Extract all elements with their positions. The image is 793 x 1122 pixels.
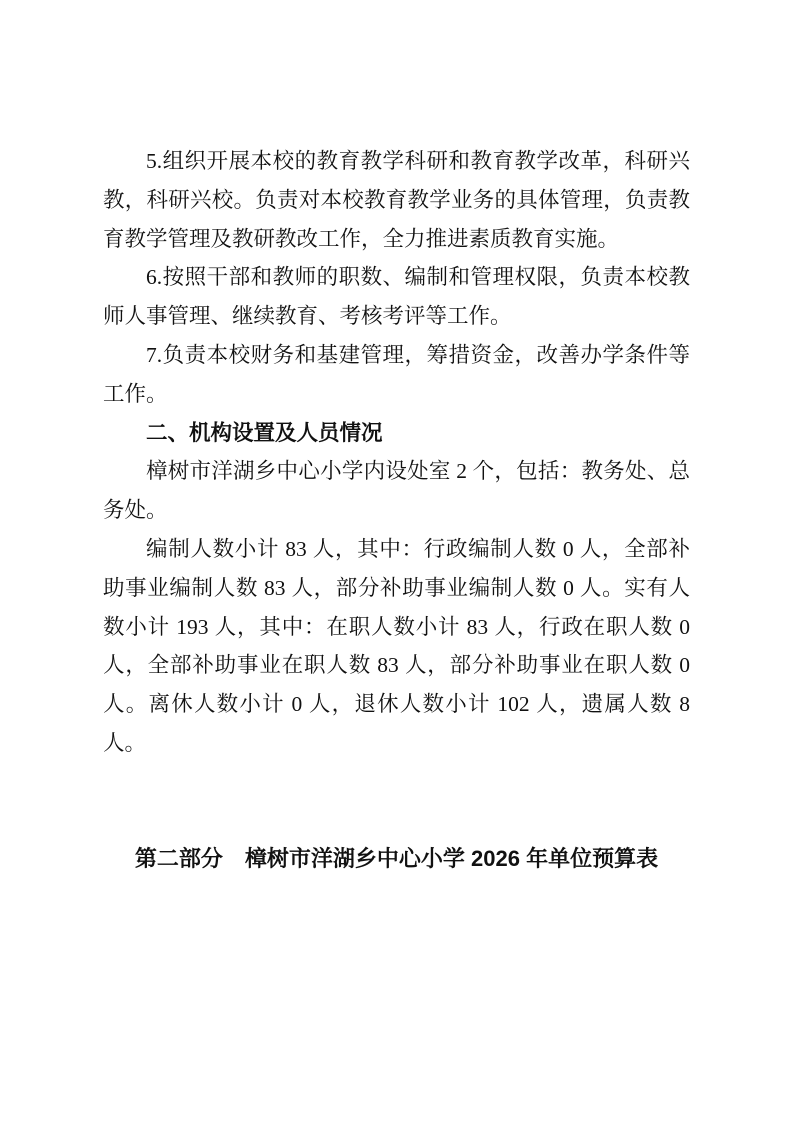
paragraph-duty-5: 5.组织开展本校的教育教学科研和教育教学改革，科研兴教，科研兴校。负责对本校教育… (103, 142, 690, 258)
paragraph-duty-7: 7.负责本校财务和基建管理，筹措资金，改善办学条件等工作。 (103, 336, 690, 414)
paragraph-internal-offices: 樟树市洋湖乡中心小学内设处室 2 个，包括：教务处、总务处。 (103, 452, 690, 530)
paragraph-personnel-figures: 编制人数小计 83 人，其中：行政编制人数 0 人，全部补助事业编制人数 83 … (103, 530, 690, 763)
paragraph-duty-6: 6.按照干部和教师的职数、编制和管理权限，负责本校教师人事管理、继续教育、考核考… (103, 258, 690, 336)
part2-budget-tables-title: 第二部分 樟树市洋湖乡中心小学 2026 年单位预算表 (103, 840, 690, 879)
section-heading-organization-staffing: 二、机构设置及人员情况 (103, 414, 690, 453)
document-page: 5.组织开展本校的教育教学科研和教育教学改革，科研兴教，科研兴校。负责对本校教育… (0, 0, 793, 1122)
